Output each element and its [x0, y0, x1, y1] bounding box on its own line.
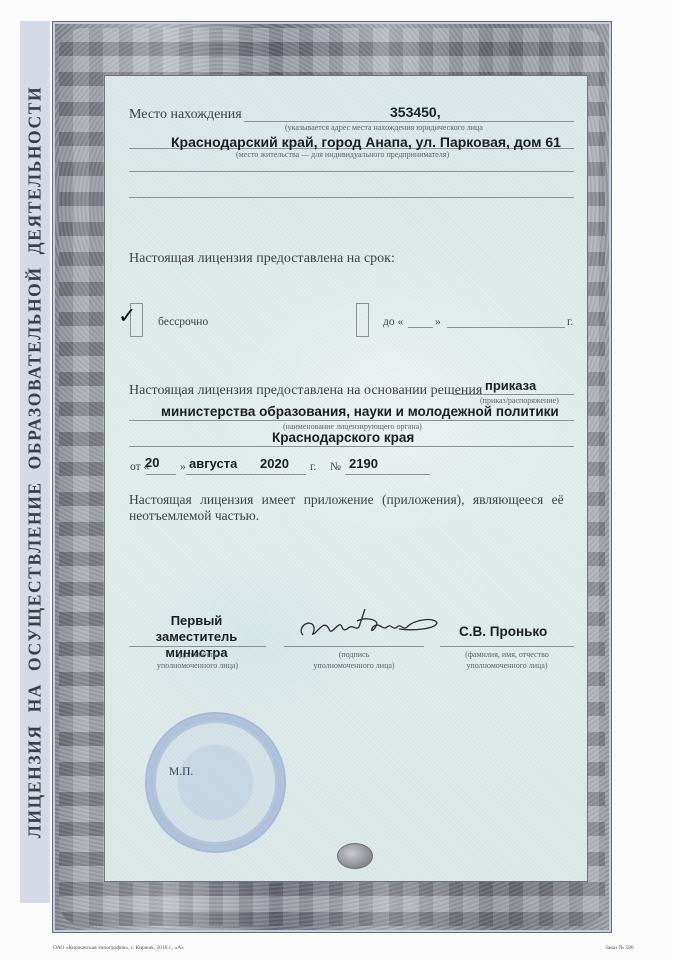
authority-line-2-rule [129, 446, 574, 447]
until-month-year-line [447, 327, 565, 328]
hint-position: (должность уполномоченного лица) [129, 649, 266, 671]
hint-position-2: уполномоченного лица) [129, 660, 266, 671]
day-line [146, 474, 176, 475]
order-month: августа [189, 456, 237, 471]
hint-signature-1: (подпись [284, 649, 424, 660]
address: Краснодарский край, город Анапа, ул. Пар… [171, 134, 561, 150]
until-suffix: г. [567, 316, 573, 328]
number-line [345, 474, 430, 475]
position-line-1: Первый заместитель [129, 613, 264, 645]
day-close: » [180, 461, 186, 473]
check-mark-icon: ✓ [118, 304, 136, 329]
location-line-3 [129, 171, 574, 172]
hint-name-1: (фамилия, имя, отчество [440, 649, 574, 660]
official-seal [145, 712, 286, 853]
position-line [129, 646, 266, 647]
hologram-sticker [337, 843, 373, 869]
location-line-4 [129, 197, 574, 198]
hint-name-2: уполномоченного лица) [440, 660, 574, 671]
decision-type-line [453, 394, 574, 395]
hint-name: (фамилия, имя, отчество уполномоченного … [440, 649, 574, 671]
appendix-text-line-2: неотъемлемой частью. [129, 508, 259, 524]
stamp-place-label: М.П. [169, 766, 193, 778]
basis-label: Настоящая лицензия предоставлена на осно… [129, 383, 482, 399]
order-number: 2190 [349, 456, 378, 471]
order-year: 2020 [260, 456, 289, 471]
hint-position-1: (должность [129, 649, 266, 660]
signature-line [284, 646, 424, 647]
postal-code: 353450, [390, 104, 441, 120]
until-day-line [408, 327, 433, 328]
hint-individual: (место жительства — для индивидуального … [236, 150, 449, 159]
signature-image [295, 607, 445, 647]
option-unlimited-label: бессрочно [158, 316, 208, 328]
decision-type: приказа [485, 378, 536, 393]
authority-line-2: Краснодарского края [272, 430, 414, 445]
term-label: Настоящая лицензия предоставлена на срок… [129, 251, 395, 267]
location-line-1 [244, 121, 574, 122]
month-year-line [186, 474, 306, 475]
order-day: 20 [145, 455, 159, 470]
location-label: Место нахождения [129, 107, 242, 123]
order-info: Заказ № 580 [605, 945, 634, 951]
appendix-text-line-1: Настоящая лицензия имеет приложение (при… [129, 492, 564, 508]
authority-line-1-rule [129, 420, 574, 421]
official-name: С.В. Пронько [459, 624, 547, 639]
hint-legal-entity: (указывается адрес места нахождения юрид… [285, 123, 483, 132]
until-mid: » [435, 316, 441, 328]
year-suffix: г. [310, 461, 316, 473]
side-title: ЛИЦЕНЗИЯ НА ОСУЩЕСТВЛЕНИЕ ОБРАЗОВАТЕЛЬНО… [25, 86, 46, 838]
checkbox-until-date[interactable] [356, 303, 369, 337]
until-prefix: до « [383, 316, 403, 328]
number-prefix: № [330, 461, 341, 473]
authority-line-1: министерства образования, науки и молоде… [161, 404, 559, 419]
name-line [440, 646, 574, 647]
hint-signature-2: уполномоченного лица) [284, 660, 424, 671]
hint-signature: (подпись уполномоченного лица) [284, 649, 424, 671]
printer-info: ОАО «Киржачская типография», г. Киржач, … [53, 945, 184, 951]
